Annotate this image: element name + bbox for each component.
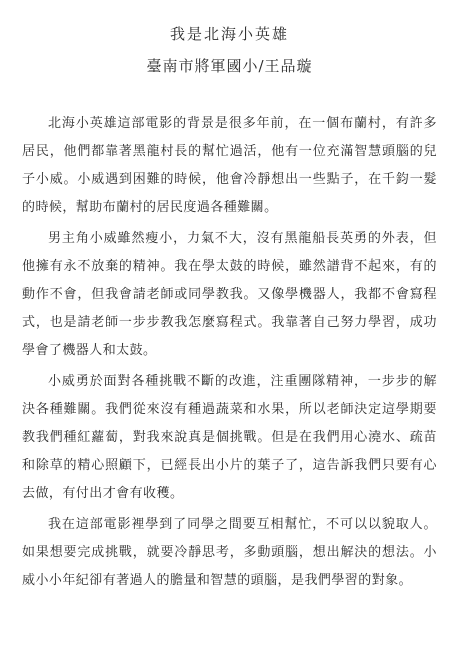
paragraph: 小威勇於面對各種挑戰不斷的改進，注重團隊精神，一步步的解決各種難關。我們從來沒有… bbox=[22, 368, 437, 508]
document-page: 我是北海小英雄 臺南市將軍國小/王品璇 北海小英雄這部電影的背景是很多年前，在一… bbox=[0, 0, 458, 648]
paragraph: 北海小英雄這部電影的背景是很多年前，在一個布蘭村，有許多居民，他們都靠著黑龍村長… bbox=[22, 110, 437, 222]
paragraph: 我在這部電影裡學到了同學之間要互相幫忙，不可以以貌取人。如果想要完成挑戰，就要冷… bbox=[22, 511, 437, 595]
document-byline: 臺南市將軍國小/王品璇 bbox=[22, 56, 437, 76]
document-body: 北海小英雄這部電影的背景是很多年前，在一個布蘭村，有許多居民，他們都靠著黑龍村長… bbox=[22, 110, 437, 595]
paragraph: 男主角小威雖然瘦小，力氣不大，沒有黑龍船長英勇的外表，但他擁有永不放棄的精神。我… bbox=[22, 225, 437, 365]
document-title: 我是北海小英雄 bbox=[22, 24, 437, 44]
